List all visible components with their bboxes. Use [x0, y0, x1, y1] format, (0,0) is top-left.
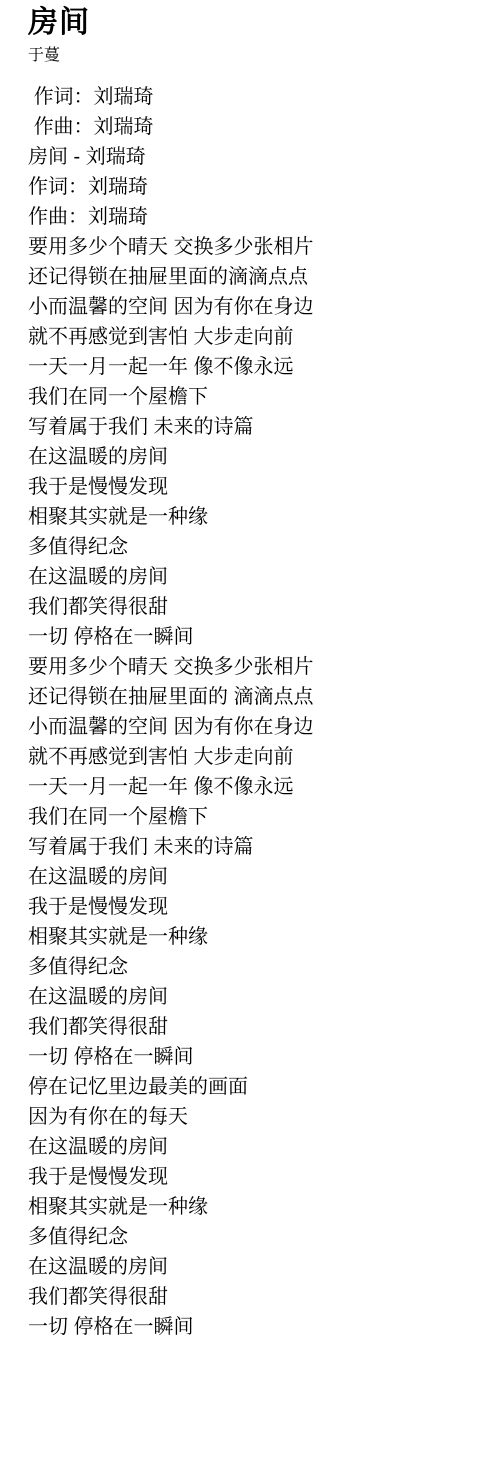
lyric-line: 作词：刘瑞琦: [28, 82, 480, 112]
lyric-line: 我们在同一个屋檐下: [28, 802, 480, 832]
lyric-line: 在这温暖的房间: [28, 862, 480, 892]
lyric-line: 我们都笑得很甜: [28, 1282, 480, 1312]
lyric-line: 因为有你在的每天: [28, 1102, 480, 1132]
lyric-line: 我于是慢慢发现: [28, 1162, 480, 1192]
lyric-line: 停在记忆里边最美的画面: [28, 1072, 480, 1102]
lyric-line: 写着属于我们 未来的诗篇: [28, 832, 480, 862]
lyric-line: 多值得纪念: [28, 1222, 480, 1252]
lyric-line: 在这温暖的房间: [28, 442, 480, 472]
lyric-line: 还记得锁在抽屉里面的 滴滴点点: [28, 682, 480, 712]
lyric-line: 房间 - 刘瑞琦: [28, 142, 480, 172]
lyrics-page: 房间 于蔓 作词：刘瑞琦 作曲：刘瑞琦房间 - 刘瑞琦作词：刘瑞琦作曲：刘瑞琦要…: [0, 0, 500, 1342]
lyric-line: 写着属于我们 未来的诗篇: [28, 412, 480, 442]
lyric-line: 作词：刘瑞琦: [28, 172, 480, 202]
lyric-line: 我们都笑得很甜: [28, 592, 480, 622]
lyric-line: 还记得锁在抽屉里面的滴滴点点: [28, 262, 480, 292]
lyric-line: 要用多少个晴天 交换多少张相片: [28, 652, 480, 682]
lyric-line: 一切 停格在一瞬间: [28, 622, 480, 652]
lyric-line: 在这温暖的房间: [28, 982, 480, 1012]
lyric-line: 一切 停格在一瞬间: [28, 1312, 480, 1342]
lyric-line: 作曲：刘瑞琦: [28, 112, 480, 142]
lyric-line: 我们在同一个屋檐下: [28, 382, 480, 412]
lyric-line: 相聚其实就是一种缘: [28, 922, 480, 952]
lyric-line: 多值得纪念: [28, 532, 480, 562]
lyric-line: 一切 停格在一瞬间: [28, 1042, 480, 1072]
lyric-line: 在这温暖的房间: [28, 562, 480, 592]
lyric-line: 作曲：刘瑞琦: [28, 202, 480, 232]
lyric-line: 小而温馨的空间 因为有你在身边: [28, 712, 480, 742]
lyric-line: 在这温暖的房间: [28, 1252, 480, 1282]
lyrics-block: 作词：刘瑞琦 作曲：刘瑞琦房间 - 刘瑞琦作词：刘瑞琦作曲：刘瑞琦要用多少个晴天…: [28, 82, 480, 1342]
lyric-line: 一天一月一起一年 像不像永远: [28, 352, 480, 382]
lyric-line: 一天一月一起一年 像不像永远: [28, 772, 480, 802]
lyric-line: 我于是慢慢发现: [28, 892, 480, 922]
lyric-line: 我于是慢慢发现: [28, 472, 480, 502]
lyric-line: 相聚其实就是一种缘: [28, 502, 480, 532]
lyric-line: 就不再感觉到害怕 大步走向前: [28, 742, 480, 772]
lyric-line: 多值得纪念: [28, 952, 480, 982]
lyric-line: 我们都笑得很甜: [28, 1012, 480, 1042]
lyric-line: 相聚其实就是一种缘: [28, 1192, 480, 1222]
lyric-line: 要用多少个晴天 交换多少张相片: [28, 232, 480, 262]
song-title: 房间: [28, 4, 480, 42]
artist-name: 于蔓: [28, 46, 480, 66]
lyric-line: 在这温暖的房间: [28, 1132, 480, 1162]
lyric-line: 小而温馨的空间 因为有你在身边: [28, 292, 480, 322]
lyric-line: 就不再感觉到害怕 大步走向前: [28, 322, 480, 352]
